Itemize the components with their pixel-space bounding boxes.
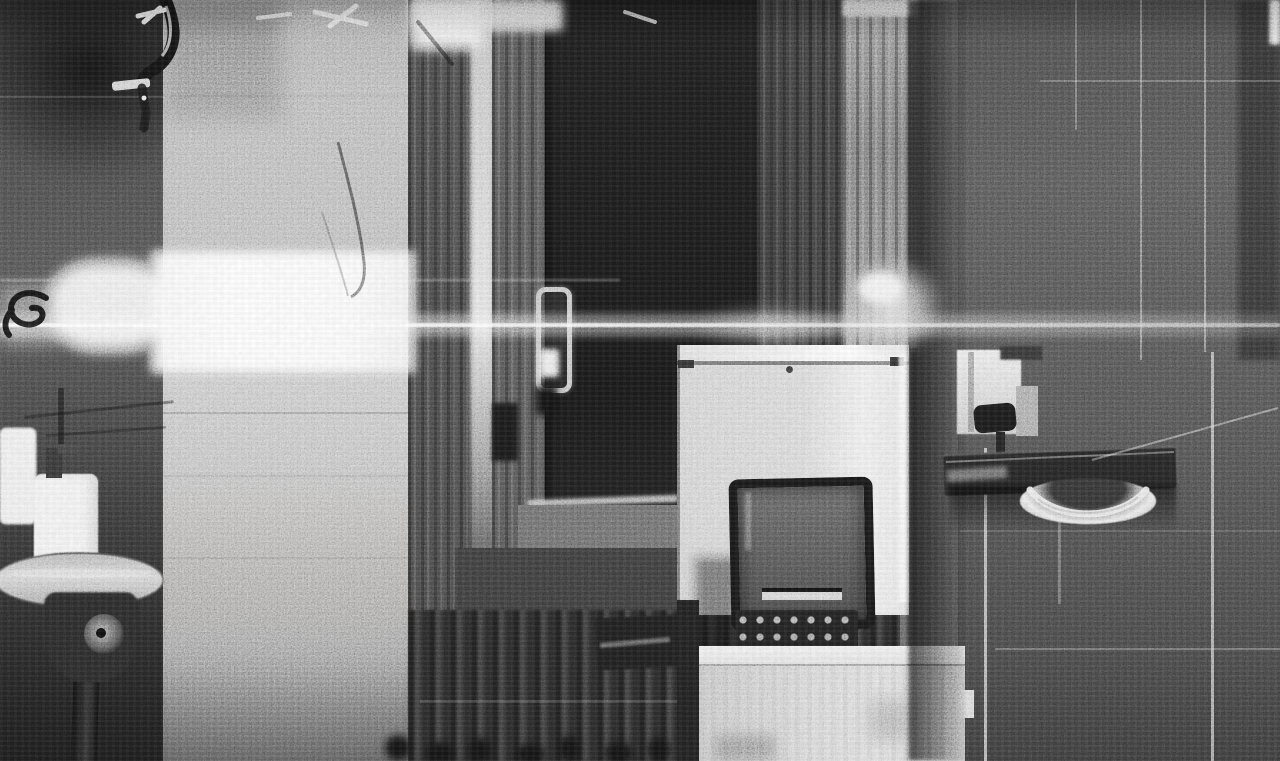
tile-grout-line bbox=[1040, 80, 1280, 82]
scan-flare-left-blob bbox=[50, 262, 170, 350]
door-side-panel-top bbox=[843, 0, 917, 16]
floor-smudge bbox=[515, 744, 545, 761]
mirror-top-bracket bbox=[1000, 346, 1042, 360]
steam-bright-spot bbox=[858, 272, 904, 304]
cabinet-smudge bbox=[715, 735, 775, 761]
glass-shelf-highlight bbox=[4, 568, 154, 578]
pillar-top-shade bbox=[163, 0, 283, 120]
shower-door-handle bbox=[536, 287, 572, 393]
tile-grout-line bbox=[163, 475, 413, 477]
machine-screw-dot bbox=[786, 366, 793, 373]
tile-grout-line bbox=[163, 412, 413, 414]
lid-inner-reflection bbox=[745, 492, 751, 550]
door-frame-shadow-bar bbox=[492, 403, 518, 461]
door-handle-shadow bbox=[536, 385, 558, 415]
machine-corner-mark bbox=[678, 360, 694, 368]
scan-flare-band bbox=[152, 252, 414, 372]
floor-faint-line bbox=[420, 700, 690, 703]
vent-grate bbox=[736, 610, 858, 648]
tile-grout-line bbox=[163, 557, 413, 559]
door-frame-highlight bbox=[471, 0, 493, 545]
pillar-bottom-shade bbox=[163, 640, 413, 761]
washing-machine-top-seam bbox=[677, 361, 909, 365]
scan-line-secondary bbox=[0, 279, 620, 281]
shelf-bracket-knob-center bbox=[96, 628, 106, 638]
tile-grout-line bbox=[1140, 0, 1142, 360]
mirror-divider bbox=[968, 352, 974, 432]
faucet bbox=[973, 402, 1017, 434]
floor-smudge bbox=[425, 742, 455, 761]
door-handle-reflection bbox=[540, 350, 558, 376]
wall-soap-holder bbox=[1016, 386, 1038, 436]
floor-smudge bbox=[558, 736, 580, 761]
drain-pipe bbox=[71, 682, 100, 761]
floor-smudge bbox=[385, 735, 411, 761]
wash-basin bbox=[1020, 478, 1156, 524]
cabinet-smudge bbox=[870, 700, 910, 740]
door-top-flare-bright bbox=[412, 0, 482, 48]
tile-grout-line bbox=[1075, 0, 1077, 130]
soap-dispenser-nozzle bbox=[58, 444, 78, 454]
tile-grout-line bbox=[1211, 352, 1214, 761]
right-wall-edge-shadow bbox=[1238, 0, 1280, 360]
scan-line bbox=[0, 323, 1280, 327]
shelf-support-rod bbox=[58, 388, 64, 452]
tile-grout-line bbox=[163, 95, 413, 97]
tile-grout-line bbox=[1204, 0, 1206, 352]
tile-grout-line bbox=[995, 648, 1280, 650]
machine-left-edge bbox=[677, 345, 680, 615]
steam-haze bbox=[838, 256, 946, 356]
floor-smudge bbox=[468, 738, 492, 761]
top-right-light-sliver bbox=[1270, 0, 1280, 44]
lid-hinge bbox=[762, 588, 842, 600]
towel-white-shape bbox=[0, 428, 36, 524]
photocopied-bathroom-photo: Grainy photocopy-style black-and-white p… bbox=[0, 0, 1280, 761]
floor-smudge bbox=[605, 742, 633, 761]
floor-smudge bbox=[648, 738, 670, 761]
tile-grout-line bbox=[163, 373, 413, 375]
cabinet-dark-gap bbox=[677, 600, 699, 761]
tile-grout-line bbox=[0, 96, 165, 98]
wall-shadow-column bbox=[908, 0, 964, 761]
